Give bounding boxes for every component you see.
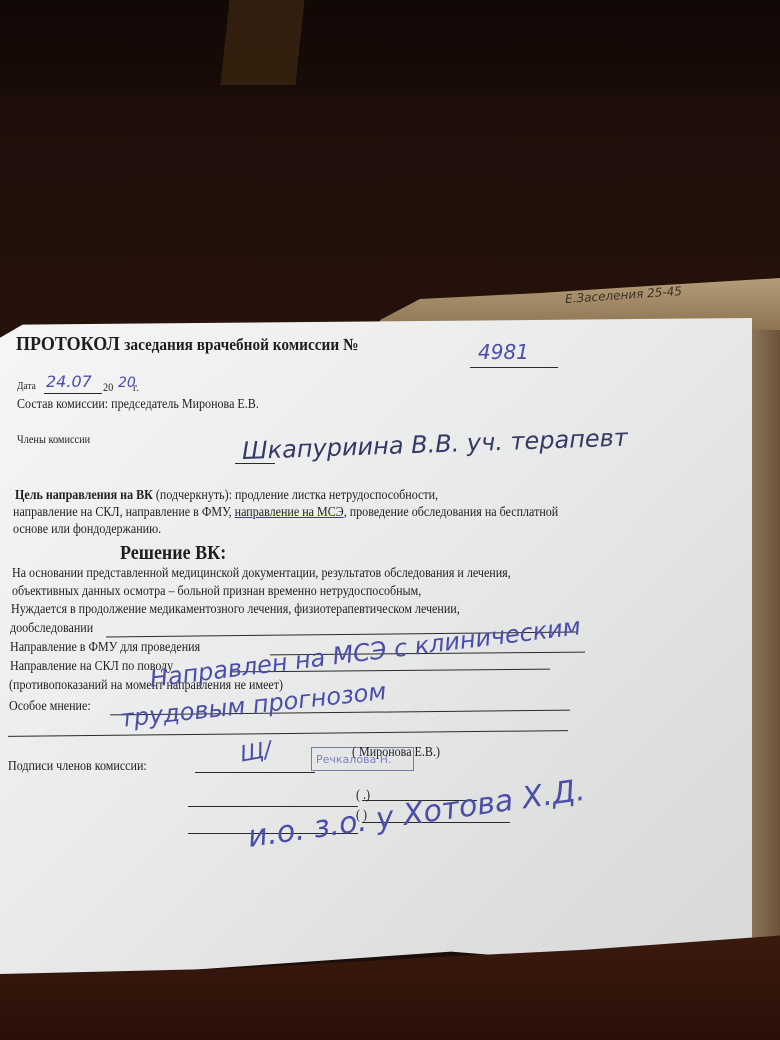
- signature-line-chair: [195, 772, 315, 773]
- decision-line-4: дообследовании: [10, 621, 93, 637]
- purpose-line-2: направление на СКЛ, направление в ФМУ, н…: [13, 505, 558, 521]
- opinion-line-2: [8, 730, 568, 737]
- signatures-label: Подписи членов комиссии:: [8, 759, 147, 775]
- protocol-number: 4981: [478, 340, 529, 364]
- purpose-hint: (подчеркнуть):: [156, 488, 232, 503]
- purpose-mse-underlined: направление на МСЭ: [235, 505, 344, 520]
- decision-line-5: Направление в ФМУ для проведения: [10, 640, 200, 656]
- purpose-line-1: Цель направления на ВК (подчеркнуть): пр…: [15, 488, 438, 504]
- decision-line-3: Нуждается в продолжение медикаментозного…: [11, 602, 460, 618]
- purpose-line-3: основе или фондодержанию.: [13, 522, 161, 538]
- decision-heading: Решение ВК:: [120, 542, 226, 565]
- commission-composition: Состав комиссии: председатель Миронова Е…: [17, 397, 259, 413]
- decision-line-8: Особое мнение:: [9, 699, 91, 715]
- date-value: 24.07: [46, 372, 92, 391]
- chair-signature-scribble: Щ/: [238, 737, 273, 767]
- members-handwritten: Шкапуриина В.В. уч. терапевт: [242, 424, 629, 465]
- signature-placeholder-1: ( .): [356, 788, 370, 804]
- number-line: [470, 367, 558, 368]
- acting-head-handwritten: и.о. з.о. у Хотова Х.Д.: [246, 773, 588, 855]
- protocol-document: ПРОТОКОЛ заседания врачебной комиссии № …: [0, 0, 780, 1040]
- document-title: ПРОТОКОЛ заседания врачебной комиссии №: [16, 333, 358, 356]
- year-prefix: 20: [103, 380, 113, 395]
- purpose-text-2b: , проведение обследования на бесплатной: [344, 505, 559, 520]
- purpose-text-2a: направление на СКЛ, направление в ФМУ,: [13, 505, 235, 520]
- purpose-text-1: продление листка нетрудоспособности,: [235, 488, 438, 503]
- title-rest: заседания врачебной комиссии №: [124, 335, 358, 354]
- purpose-label: Цель направления на ВК: [15, 488, 153, 503]
- decision-line-2: объективных данных осмотра – больной при…: [12, 584, 421, 600]
- date-label: Дата: [17, 380, 36, 392]
- chair-name: ( Миронова Е.В.): [352, 745, 440, 761]
- year-end: г.: [133, 380, 139, 395]
- date-line: [44, 393, 102, 394]
- title-bold: ПРОТОКОЛ: [16, 333, 120, 355]
- members-label: Члены комиссии: [17, 432, 90, 447]
- decision-line-1: На основании представленной медицинской …: [12, 566, 511, 582]
